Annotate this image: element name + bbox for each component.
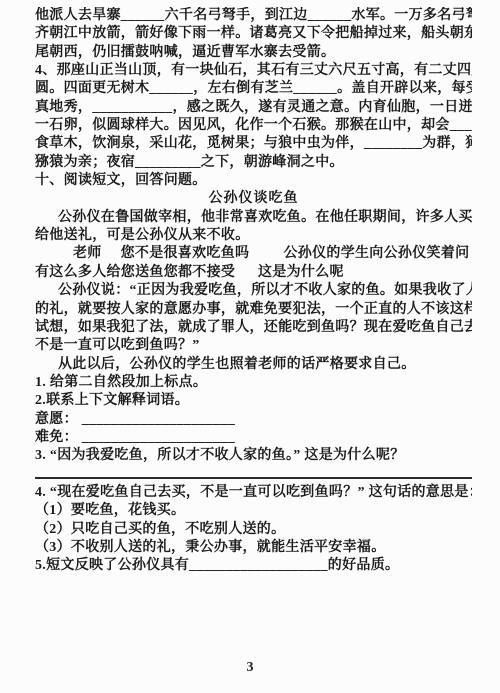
story-paragraph-line: 公孙仪在鲁国做宰相，他非常喜欢吃鱼。在他任职期间，许多人买了鱼 xyxy=(35,209,472,227)
answer-line xyxy=(35,466,472,484)
worksheet-page: 他派人去旱寨______六千名弓弩手，到江边______水军。一万多名弓弩手一齐… xyxy=(0,0,500,693)
worksheet-text-block: 他派人去旱寨______六千名弓弩手，到江边______水军。一万多名弓弩手一齐… xyxy=(35,7,472,576)
option-line: （1）要吃鱼，花钱买。 xyxy=(35,502,472,520)
fill-blank-line: 他派人去旱寨______六千名弓弩手，到江边______水军。一万多名弓弩手一 xyxy=(35,7,472,25)
option-line: （3）不收别人送的礼，秉公办事，就能生活平安幸福。 xyxy=(35,539,472,557)
story-title: 公孙仪谈吃鱼 xyxy=(35,190,472,208)
definition-line: 难免： _____________________ xyxy=(35,429,472,447)
answer-underline xyxy=(35,477,472,479)
story-paragraph-line: 有这么多人给您送鱼您都不接受 这是为什么呢 xyxy=(35,264,472,282)
story-paragraph-line: 给他送礼，可是公孙仪从来不收。 xyxy=(35,227,472,245)
fill-blank-line: 食草木，饮涧泉，采山花，觅树果；与狼中虫为伴，________为群，獐鹿为友， xyxy=(35,135,472,153)
fill-blank-line: 圆。四面更无树木______，左右倒有芝兰______。盖自开辟以来，每受天 xyxy=(35,80,472,98)
story-paragraph-line: 试想，如果我犯了法，就成了罪人，还能吃到鱼吗？现在爱吃鱼自己去买， xyxy=(35,319,472,337)
fill-blank-line: 4、那座山正当山顶，有一块仙石，其石有三丈六尺五寸高，有二丈四尺围 xyxy=(35,62,472,80)
question-2: 2.联系上下文解释词语。 xyxy=(35,392,472,410)
story-paragraph-line: 从此以后，公孙仪的学生也照着老师的话严格要求自己。 xyxy=(35,356,472,374)
story-paragraph-line: 公孙仪说：“正因为我爱吃鱼，所以才不收人家的鱼。如果我收了人家 xyxy=(35,282,472,300)
fill-blank-line: 一石卵，似圆球样大。因见风，化作一个石猴。那猴在山中，却会__________ xyxy=(35,117,472,135)
story-paragraph-line: 老师 您不是很喜欢吃鱼吗 公孙仪的学生向公孙仪笑着问 现在 xyxy=(35,245,472,263)
fill-blank-line: 猕猿为亲；夜宿_________之下，朝游峰洞之中。 xyxy=(35,154,472,172)
question-5: 5.短文反映了公孙仪具有___________________的好品质。 xyxy=(35,557,472,575)
definition-line: 意愿： _____________________ xyxy=(35,411,472,429)
question-3: 3. “因为我爱吃鱼，所以才不收人家的鱼。” 这是为什么呢？ xyxy=(35,447,472,465)
fill-blank-line: 齐朝江中放箭，箭好像下雨一样。诸葛亮又下令把船掉过来，船头朝东，船 xyxy=(35,25,472,43)
story-paragraph-line: 的礼，就要按人家的意愿办事，就难免要犯法，一个正直的人不该这样做。 xyxy=(35,301,472,319)
question-4: 4. “现在爱吃鱼自己去买，不是一直可以吃到鱼吗？” 这句话的意思是： __ xyxy=(35,484,472,502)
section-heading: 十、阅读短文，回答问题。 xyxy=(35,172,472,190)
page-number: 3 xyxy=(0,660,500,676)
fill-blank-line: 尾朝西，仍旧擂鼓呐喊，逼近曹军水寨去受箭。 xyxy=(35,44,472,62)
question-1: 1. 给第二自然段加上标点。 xyxy=(35,374,472,392)
fill-blank-line: 真地秀，___________，感之既久，遂有灵通之意。内育仙胞，一日迸裂，产 xyxy=(35,99,472,117)
option-line: （2）只吃自己买的鱼，不吃别人送的。 xyxy=(35,521,472,539)
story-paragraph-line: 不是一直可以吃到鱼吗？” xyxy=(35,337,472,355)
